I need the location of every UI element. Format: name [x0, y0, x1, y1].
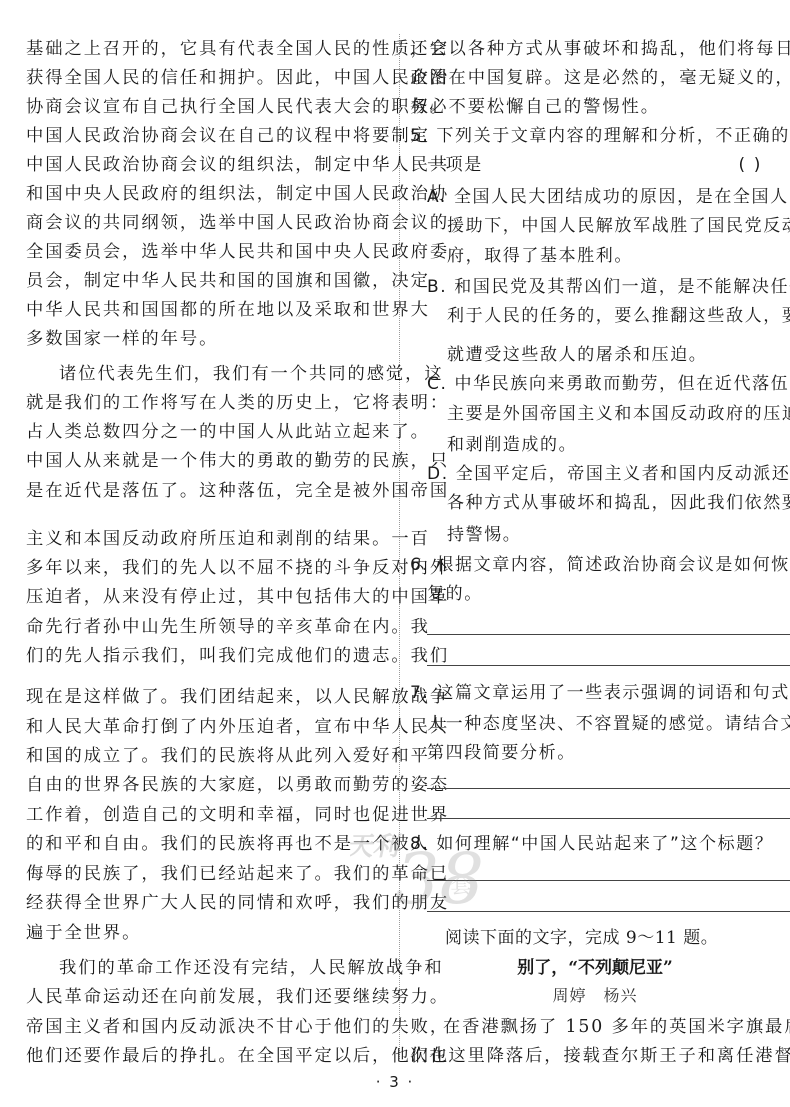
answer-line[interactable]	[427, 788, 790, 789]
text-line: 压迫者，从来没有停止过，其中包括伟大的中国革	[26, 587, 449, 607]
text-line: 们的先人指示我们，叫我们完成他们的遗志。我们	[26, 646, 449, 666]
text-line: 就是我们的工作将写在人类的历史上，它将表明：	[26, 393, 449, 413]
text-line: 遍于全世界。	[26, 923, 141, 943]
text-line: 务必不要松懈自己的警惕性。	[410, 97, 660, 117]
article-title: 别了，“不列颠尼亚”	[410, 958, 780, 978]
text-line: 企图在中国复辟。这是必然的，毫无疑义的，我们	[410, 68, 790, 88]
text-line: 基础之上召开的，它具有代表全国人民的性质，它	[26, 39, 449, 59]
question-stem: 一项是 ( )	[427, 155, 772, 175]
text-line: 自由的世界各民族的大家庭，以勇敢而勤劳的姿态	[26, 775, 449, 795]
text-line: 中国人民政治协商会议的组织法，制定中华人民共	[26, 155, 449, 175]
option-c: 主要是外国帝国主义和本国反动政府的压迫	[447, 404, 790, 424]
option-a: A. 全国人民大团结成功的原因，是在全国人民的	[427, 187, 790, 207]
question-stem: 人一种态度坚决、不容置疑的感觉。请结合文章	[427, 714, 790, 734]
svg-text:套: 套	[450, 874, 472, 899]
text-line: 中国人从来就是一个伟大的勇敢的勤劳的民族，只	[26, 451, 449, 471]
text-line: 的和平和自由。我们的民族将再也不是一个被人	[26, 834, 430, 854]
text-line: 协商会议宣布自己执行全国人民代表大会的职权。	[26, 97, 449, 117]
question-stem: 复的。	[427, 584, 483, 604]
answer-bracket[interactable]: ( )	[739, 155, 762, 175]
article-text: 次在这里降落后，接载查尔斯王子和离任港督彭	[410, 1046, 790, 1066]
text-line: 占人类总数四分之一的中国人从此站立起来了。	[26, 422, 430, 442]
option-d: 持警惕。	[447, 525, 521, 545]
text-line: 多数国家一样的年号。	[26, 329, 218, 349]
option-b: 利于人民的任务的，要么推翻这些敌人，要么	[447, 306, 790, 326]
option-b: 就遭受这些敌人的屠杀和压迫。	[447, 345, 707, 365]
text-line: 和国中央人民政府的组织法，制定中国人民政治协	[26, 184, 449, 204]
option-c: 和剥削造成的。	[447, 435, 577, 455]
text-line: 获得全国人民的信任和拥护。因此，中国人民政治	[26, 68, 449, 88]
option-a: 府，取得了基本胜利。	[447, 246, 633, 266]
option-d: D. 全国平定后，帝国主义者和国内反动派还会以	[427, 464, 790, 484]
page-number: · 3 ·	[0, 1073, 790, 1091]
question-stem: 7. 这篇文章运用了一些表示强调的词语和句式，给	[410, 683, 790, 703]
question-stem-cont: 一项是	[427, 155, 483, 175]
text-line: 是在近代是落伍了。这种落伍，完全是被外国帝国	[26, 481, 449, 501]
question-stem: 6. 根据文章内容，简述政治协商会议是如何恢	[410, 555, 790, 575]
answer-line[interactable]	[427, 880, 790, 881]
answer-line[interactable]	[427, 634, 790, 635]
question-stem: 8. 如何理解“中国人民站起来了”这个标题？	[410, 834, 773, 854]
paragraph-start: 我们的革命工作还没有完结，人民解放战争和	[59, 958, 444, 978]
answer-line[interactable]	[427, 911, 790, 912]
text-line: 命先行者孙中山先生所领导的辛亥革命在内。我	[26, 617, 430, 637]
text-line: 和人民大革命打倒了内外压迫者，宣布中华人民共	[26, 717, 449, 737]
text-line: 经获得全世界广大人民的同情和欢呼，我们的朋友	[26, 893, 449, 913]
article-authors: 周婷 杨兴	[410, 986, 780, 1006]
text-line: 还会以各种方式从事破坏和捣乱，他们将每日每时	[410, 39, 790, 59]
text-line: 多年以来，我们的先人以不屈不挠的斗争反对内外	[26, 558, 449, 578]
text-line: 和国的成立了。我们的民族将从此列入爱好和平	[26, 746, 430, 766]
option-b: B. 和国民党及其帮凶们一道，是不能解决任何有	[427, 277, 790, 297]
text-line: 员会，制定中华人民共和国的国旗和国徽，决定	[26, 271, 430, 291]
text-line: 帝国主义者和国内反动派决不甘心于他们的失败，	[26, 1017, 449, 1037]
question-stem: 第四段简要分析。	[427, 743, 576, 763]
text-line: 全国委员会，选举中华人民共和国中央人民政府委	[26, 242, 449, 262]
text-line: 主义和本国反动政府所压迫和剥削的结果。一百	[26, 529, 430, 549]
article-text: 在香港飘扬了 150 多年的英国米字旗最后一	[443, 1017, 790, 1037]
text-line: 商会议的共同纲领，选举中国人民政治协商会议的	[26, 213, 449, 233]
option-c: C. 中华民族向来勇敢而勤劳，但在近代落伍，这	[427, 374, 790, 394]
text-line: 侮辱的民族了，我们已经站起来了。我们的革命已	[26, 864, 449, 884]
text-line: 中华人民共和国国都的所在地以及采取和世界大	[26, 300, 430, 320]
question-stem: 5. 下列关于文章内容的理解和分析，不正确的	[410, 126, 790, 146]
text-line: 工作着，创造自己的文明和幸福，同时也促进世界	[26, 805, 449, 825]
option-d: 各种方式从事破坏和捣乱，因此我们依然要保	[447, 493, 790, 513]
text-line: 他们还要作最后的挣扎。在全国平定以后，他们也	[26, 1046, 449, 1066]
text-line: 现在是这样做了。我们团结起来，以人民解放战争	[26, 687, 449, 707]
option-a: 援助下，中国人民解放军战胜了国民党反动政	[447, 216, 790, 236]
text-line: 人民革命运动还在向前发展，我们还要继续努力。	[26, 987, 449, 1007]
paragraph-start: 诸位代表先生们，我们有一个共同的感觉，这	[59, 364, 444, 384]
reading-instruction: 阅读下面的文字，完成 9～11 题。	[445, 928, 718, 948]
text-line: 中国人民政治协商会议在自己的议程中将要制定	[26, 126, 430, 146]
answer-line[interactable]	[427, 665, 790, 666]
answer-line[interactable]	[427, 818, 790, 819]
